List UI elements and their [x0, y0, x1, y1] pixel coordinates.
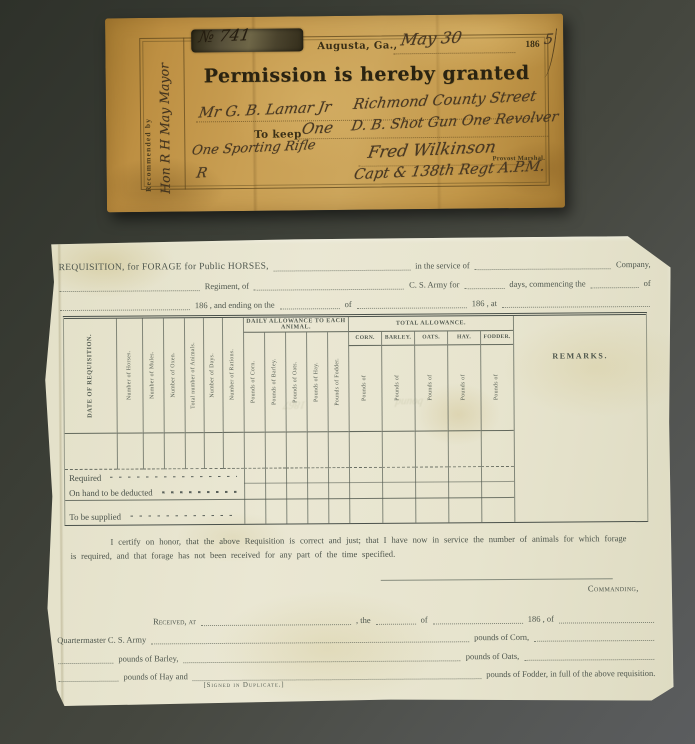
blank-line — [193, 671, 481, 681]
table-cell — [185, 433, 204, 469]
ink-bleedthrough: 1867 — [283, 398, 307, 410]
pounds-of-barley: Pounds of — [381, 346, 415, 432]
blank-line — [201, 616, 351, 625]
numero-sign: № — [197, 27, 215, 47]
col-header-total-animals: Total number of Animals. — [184, 318, 204, 433]
pounds-corn-label: pounds of Corn, — [472, 632, 531, 642]
ending-label: 186 , and ending on the — [193, 300, 277, 311]
table-cell — [448, 431, 481, 467]
pounds-of-oats: Pounds of — [414, 345, 448, 431]
col-header-daily-fodder: Pounds of Fodder. — [327, 332, 349, 432]
table-cell — [382, 432, 415, 468]
col-header-horses: Number of Horses. — [116, 319, 143, 434]
table-cell — [143, 433, 164, 469]
row-to-be-supplied: To be supplied — [65, 507, 244, 525]
table-cell — [307, 468, 328, 523]
recommender-signature: Hon R H May Mayor — [156, 42, 173, 194]
pounds-of-fodder: Pounds of — [480, 345, 514, 431]
company-label: Company, — [614, 259, 653, 269]
col-header-date: DATE OF REQUISITION. — [64, 319, 117, 434]
col-header-mules: Number of Mules. — [142, 318, 164, 433]
row-required: Required — [65, 469, 244, 485]
total-allowance-label: TOTAL ALLOWANCE. — [396, 320, 466, 326]
col-header-mules-label: Number of Mules. — [150, 352, 158, 400]
pounds-of-hay: Pounds of — [447, 345, 481, 431]
required-label: Required — [69, 472, 101, 482]
pounds-of-label: Pounds of — [362, 375, 369, 401]
quartermaster-label: Quartermaster C. S. Army — [55, 634, 148, 645]
on-hand-label: On hand to be deducted — [69, 487, 153, 498]
blank-line — [502, 299, 650, 308]
pounds-fodder-label: pounds of Fodder, in full of the above r… — [484, 668, 657, 679]
daily-fodder-label: Pounds of Fodder. — [335, 358, 343, 406]
table-cell — [265, 469, 286, 524]
of-label-2: of — [343, 299, 354, 309]
dash-leader — [162, 491, 237, 493]
commanding-label: Commanding, — [588, 583, 639, 593]
col-header-date-label: DATE OF REQUISITION. — [85, 334, 96, 418]
blank-line — [534, 633, 654, 642]
col-header-total-animals-label: Total number of Animals. — [190, 342, 198, 409]
permit-number: № 741 — [197, 25, 251, 46]
to-be-supplied-label: To be supplied — [69, 511, 121, 521]
at-label: 186 , at — [470, 298, 499, 308]
table-cell — [65, 434, 117, 470]
table-cell — [204, 433, 223, 469]
certify-paragraph: I certify on honor, that the above Requi… — [70, 532, 626, 563]
permit-number-value: 741 — [218, 25, 252, 45]
permit-title: Permission is hereby granted — [185, 62, 547, 88]
daily-oats-label: Pounds of Oats. — [293, 361, 301, 402]
total-corn-header: CORN. — [348, 332, 381, 346]
remarks-column: REMARKS. — [513, 315, 647, 522]
total-barley-header: BARLEY. — [381, 332, 414, 346]
regiment-label: Regiment, of — [203, 281, 251, 291]
one-handwritten: One — [301, 118, 335, 137]
col-header-rations-label: Number of Rations. — [230, 349, 238, 400]
table-cell — [328, 432, 349, 468]
requisition-document: REQUISITION, for FORAGE for Public HORSE… — [42, 236, 673, 706]
dash-leader — [110, 476, 237, 478]
requisition-title: REQUISITION, for FORAGE for Public HORSE… — [57, 262, 271, 273]
table-cell — [349, 468, 382, 523]
photo-backdrop: { "permit": { "no_label": "№", "no_value… — [0, 0, 695, 744]
blank-line — [433, 615, 523, 624]
col-header-days: Number of Days. — [203, 318, 223, 433]
blank-line — [60, 302, 190, 311]
form-header: REQUISITION, for FORAGE for Public HORSE… — [56, 250, 652, 311]
year-of-label: 186 , of — [526, 613, 556, 623]
col-header-rations: Number of Rations. — [222, 318, 244, 433]
table-cell — [382, 468, 415, 523]
table-cell — [223, 433, 244, 469]
col-header-days-label: Number of Days. — [210, 353, 218, 398]
pounds-of-label: Pounds of — [428, 375, 435, 401]
the-label: , the — [354, 614, 373, 624]
daily-barley-label: Pounds of Barley. — [272, 359, 280, 405]
blank-line — [274, 262, 410, 271]
forage-table: DATE OF REQUISITION. Number of Horses. N… — [63, 312, 648, 526]
of-label: of — [642, 278, 653, 288]
table-cell — [448, 467, 481, 522]
daily-allowance-group-header: DAILY ALLOWANCE TO EACH ANIMAL. — [243, 317, 348, 333]
row-on-hand: On hand to be deducted — [65, 484, 244, 501]
table-cell — [415, 431, 448, 467]
table-cell — [481, 431, 514, 467]
total-hay-header: HAY. — [447, 331, 480, 345]
daily-hay-label: Pounds of Hay. — [314, 362, 322, 402]
stray-mark-handwritten: R — [195, 165, 208, 181]
col-header-oxen-label: Number of Oxen. — [171, 353, 179, 398]
pounds-oats-label: pounds of Oats, — [464, 650, 522, 660]
service-of-label: in the service of — [413, 260, 472, 270]
pounds-of-label: Pounds of — [461, 375, 468, 401]
total-allowance-group-header: TOTAL ALLOWANCE. — [348, 316, 513, 332]
col-header-daily-barley: Pounds of Barley. — [264, 333, 286, 433]
pounds-of-label: Pounds of — [494, 374, 501, 400]
blank-line — [524, 651, 654, 660]
signed-in-duplicate-label: [Signed in Duplicate.] — [203, 681, 284, 690]
total-oats-header: OATS. — [414, 331, 447, 345]
pounds-hay-label: pounds of Hay and — [121, 671, 190, 681]
table-cell — [481, 467, 514, 522]
table-cell — [328, 468, 349, 523]
blank-line — [254, 281, 404, 290]
blank-line — [376, 616, 416, 624]
table-cell — [117, 434, 143, 470]
table-cell — [265, 433, 286, 469]
col-header-daily-hay: Pounds of Hay. — [306, 332, 328, 432]
table-cell — [307, 432, 328, 468]
blank-line — [58, 673, 118, 682]
permit-left-column: Recommended by Hon R H May Mayor — [139, 38, 186, 190]
permit-year-printed: 186 — [525, 40, 539, 50]
table-cell — [286, 468, 307, 523]
table-cell — [349, 432, 382, 468]
blank-line — [559, 614, 654, 623]
table-cell — [286, 432, 307, 468]
blank-line — [591, 280, 639, 289]
dash-leader — [130, 515, 237, 517]
received-at-label: Received, at — [151, 616, 198, 626]
table-cell — [244, 433, 265, 469]
total-fodder-header: FODDER. — [480, 331, 513, 345]
permit-date-handwritten: May 30 — [399, 28, 463, 50]
permit-document: Recommended by Hon R H May Mayor № 741 A… — [105, 14, 565, 213]
commanding-signature-line — [381, 578, 613, 581]
pounds-of-corn: Pounds of — [348, 346, 382, 432]
blank-line — [58, 655, 113, 664]
table-cell — [244, 469, 265, 524]
blank-line — [280, 301, 340, 310]
col-header-oxen: Number of Oxen. — [163, 318, 185, 433]
daily-allowance-label: DAILY ALLOWANCE TO EACH ANIMAL. — [244, 318, 348, 331]
of-label-3: of — [419, 614, 430, 624]
col-header-daily-corn: Pounds of Corn. — [243, 333, 265, 433]
pounds-barley-label: pounds of Barley, — [116, 653, 180, 663]
permit-place-label: Augusta, Ga., — [317, 40, 397, 52]
commencing-label: days, commencing the — [507, 278, 587, 289]
blank-line — [464, 281, 504, 289]
daily-corn-label: Pounds of Corn. — [251, 361, 259, 403]
col-header-horses-label: Number of Horses. — [126, 351, 134, 400]
blank-line — [60, 283, 200, 292]
ink-bleedthrough: bound — [395, 396, 425, 408]
col-header-daily-oats: Pounds of Oats. — [285, 332, 307, 432]
blank-line — [357, 300, 467, 309]
blank-line — [475, 261, 611, 270]
recommended-by-label: Recommended by — [142, 52, 152, 192]
table-cell — [415, 467, 448, 522]
received-section: Received, at , the of 186 , of Quarterma… — [55, 604, 658, 682]
cs-army-label: C. S. Army for — [407, 279, 461, 289]
table-cell — [164, 433, 185, 469]
